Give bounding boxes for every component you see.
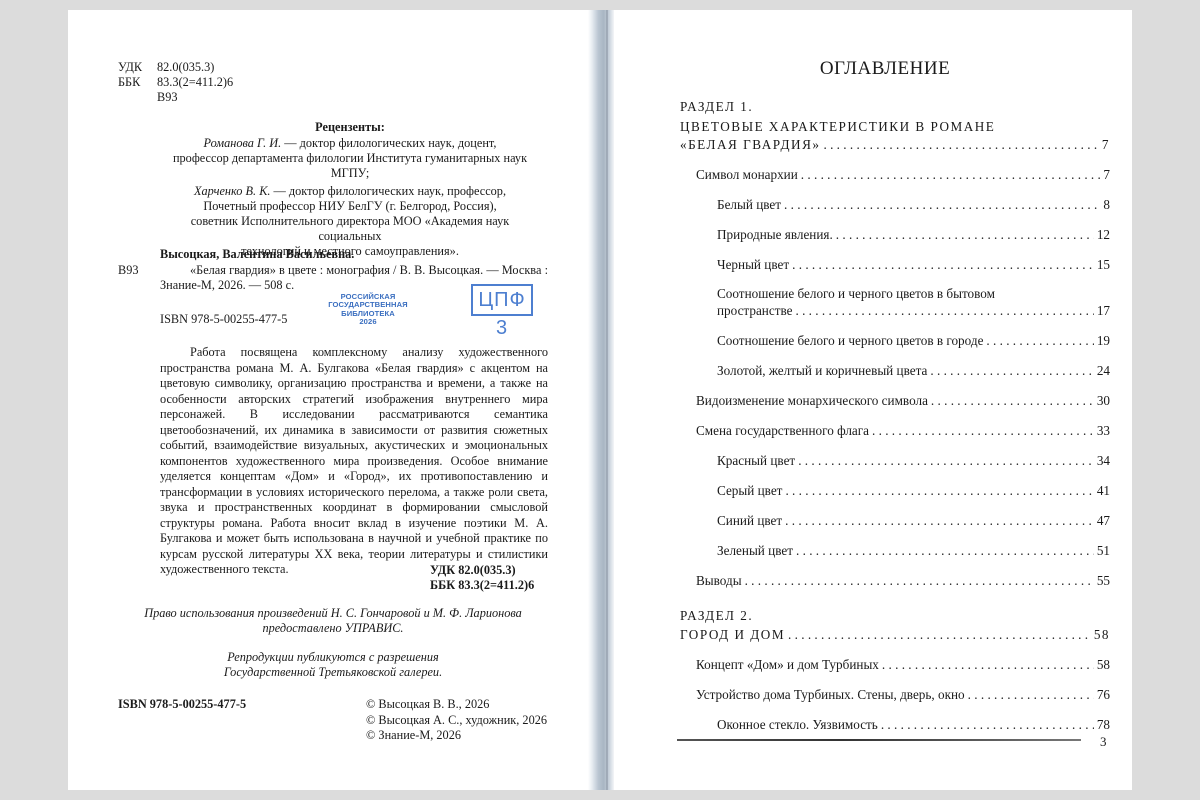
copyright-list: © Высоцкая В. В., 2026 © Высоцкая А. С.,…: [366, 697, 547, 744]
copyright-line: © Высоцкая В. В., 2026: [366, 697, 547, 713]
toc-entry[interactable]: Соотношение белого и черного цветов в го…: [680, 332, 1110, 350]
bbk-value: 83.3(2=411.2)6: [157, 75, 233, 90]
abstract: Работа посвящена комплексному анализу ху…: [160, 345, 548, 578]
toc-entry-text: Оконное стекло. Уязвимость: [717, 716, 878, 734]
toc-page-number: 8: [1103, 196, 1110, 214]
toc-entry-text: РАЗДЕЛ 2.: [680, 606, 1110, 626]
toc-leader-dots: [796, 542, 1094, 560]
rights-notice: Право использования произведений Н. С. Г…: [118, 606, 548, 636]
toc-section[interactable]: РАЗДЕЛ 1.ЦВЕТОВЫЕ ХАРАКТЕРИСТИКИ В РОМАН…: [680, 97, 1110, 154]
reproduction-notice: Репродукции публикуются с разрешения Гос…: [118, 650, 548, 680]
page-number: 3: [1100, 734, 1107, 750]
copyright-line: © Знание-М, 2026: [366, 728, 547, 744]
reviewer: Романова Г. И. — доктор филологических н…: [160, 136, 540, 181]
toc-entry-text: Черный цвет: [717, 256, 789, 274]
toc-leader-dots: [784, 196, 1100, 214]
toc-title: ОГЛАВЛЕНИЕ: [640, 58, 1130, 80]
toc-entry-text: РАЗДЕЛ 1.: [680, 97, 1110, 117]
toc-leader-dots: [785, 512, 1094, 530]
toc-leader-dots: [930, 362, 1093, 380]
udk-value: 82.0(035.3): [157, 60, 214, 75]
table-of-contents: РАЗДЕЛ 1.ЦВЕТОВЫЕ ХАРАКТЕРИСТИКИ В РОМАН…: [680, 97, 1110, 734]
toc-entry[interactable]: Концепт «Дом» и дом Турбиных58: [680, 656, 1110, 674]
gutter-fold: [606, 10, 608, 790]
copyright-line: © Высоцкая А. С., художник, 2026: [366, 713, 547, 729]
toc-entry[interactable]: Синий цвет47: [680, 512, 1110, 530]
toc-leader-dots: [872, 422, 1094, 440]
toc-entry[interactable]: Природные явления.12: [680, 226, 1110, 244]
author-mark: В93: [157, 90, 178, 105]
toc-entry[interactable]: Соотношение белого и черного цветов в бы…: [680, 286, 1110, 320]
toc-entry-text: Красный цвет: [717, 452, 795, 470]
toc-page-number: 58: [1094, 626, 1110, 644]
toc-leader-dots: [795, 302, 1093, 320]
toc-entry[interactable]: Смена государственного флага33: [680, 422, 1110, 440]
toc-page-number: 47: [1097, 512, 1110, 530]
toc-page-number: 58: [1097, 656, 1110, 674]
toc-leader-dots: [882, 656, 1094, 674]
toc-entry[interactable]: Зеленый цвет51: [680, 542, 1110, 560]
toc-leader-dots: [968, 686, 1094, 704]
author-name: Высоцкая, Валентина Васильевна.: [160, 247, 354, 262]
toc-entry[interactable]: Белый цвет8: [680, 196, 1110, 214]
reviewer-name: Харченко В. К.: [194, 184, 270, 198]
toc-entry[interactable]: Золотой, желтый и коричневый цвета24: [680, 362, 1110, 380]
toc-entry-text: Соотношение белого и черного цветов в го…: [717, 332, 983, 350]
toc-page-number: 19: [1097, 332, 1110, 350]
toc-page-number: 51: [1097, 542, 1110, 560]
toc-entry-text: Смена государственного флага: [696, 422, 869, 440]
classification-codes-bottom: УДК 82.0(035.3) ББК 83.3(2=411.2)6: [430, 563, 534, 593]
bibliographic-mark: В93: [118, 263, 139, 278]
toc-page-number: 76: [1097, 686, 1110, 704]
toc-entry-text: Концепт «Дом» и дом Турбиных: [696, 656, 879, 674]
toc-entry-text: пространстве: [717, 302, 792, 320]
toc-leader-dots: [881, 716, 1094, 734]
library-stamp: РОССИЙСКАЯ ГОСУДАРСТВЕННАЯ БИБЛИОТЕКА 20…: [318, 293, 418, 327]
isbn-bottom: ISBN 978-5-00255-477-5: [118, 697, 246, 712]
toc-entry[interactable]: Видоизменение монархического символа30: [680, 392, 1110, 410]
isbn-top: ISBN 978-5-00255-477-5: [160, 312, 287, 327]
book-gutter: [588, 10, 614, 790]
toc-page-number: 17: [1097, 302, 1110, 320]
toc-entry-text: Символ монархии: [696, 166, 798, 184]
bbk-label: ББК: [118, 75, 157, 90]
toc-entry[interactable]: Черный цвет15: [680, 256, 1110, 274]
toc-leader-dots: [836, 226, 1094, 244]
toc-page-number: 78: [1097, 716, 1110, 734]
toc-leader-dots: [798, 452, 1094, 470]
toc-leader-dots: [801, 166, 1101, 184]
toc-entry-text: Белый цвет: [717, 196, 781, 214]
toc-leader-dots: [788, 626, 1091, 644]
toc-entry[interactable]: Серый цвет41: [680, 482, 1110, 500]
toc-leader-dots: [986, 332, 1093, 350]
toc-entry[interactable]: Выводы55: [680, 572, 1110, 590]
toc-entry[interactable]: Оконное стекло. Уязвимость78: [680, 716, 1110, 734]
toc-entry-text: Серый цвет: [717, 482, 782, 500]
toc-entry-text: Видоизменение монархического символа: [696, 392, 928, 410]
toc-leader-dots: [823, 136, 1098, 154]
toc-entry[interactable]: Символ монархии7: [680, 166, 1110, 184]
toc-entry[interactable]: Устройство дома Турбиных. Стены, дверь, …: [680, 686, 1110, 704]
toc-section[interactable]: РАЗДЕЛ 2.ГОРОД И ДОМ58: [680, 606, 1110, 644]
footer-rule: [677, 739, 1081, 741]
toc-leader-dots: [745, 572, 1094, 590]
reviewers-title: Рецензенты:: [160, 120, 540, 135]
reviewers-block: Рецензенты: Романова Г. И. — доктор фило…: [160, 120, 540, 262]
toc-page-number: 12: [1097, 226, 1110, 244]
toc-page-number: 24: [1097, 362, 1110, 380]
toc-leader-dots: [931, 392, 1094, 410]
toc-page-number: 15: [1097, 256, 1110, 274]
toc-page-number: 30: [1097, 392, 1110, 410]
toc-entry[interactable]: Красный цвет34: [680, 452, 1110, 470]
toc-entry-text: «БЕЛАЯ ГВАРДИЯ»: [680, 136, 820, 154]
toc-entry-text: Выводы: [696, 572, 742, 590]
toc-page-number: 55: [1097, 572, 1110, 590]
toc-page-number: 33: [1097, 422, 1110, 440]
toc-entry-text: Устройство дома Турбиных. Стены, дверь, …: [696, 686, 965, 704]
toc-entry-text: Золотой, желтый и коричневый цвета: [717, 362, 927, 380]
toc-entry-text: ЦВЕТОВЫЕ ХАРАКТЕРИСТИКИ В РОМАНЕ: [680, 117, 1110, 137]
toc-leader-dots: [785, 482, 1093, 500]
toc-entry-text: Соотношение белого и черного цветов в бы…: [717, 286, 1110, 302]
cpf-stamp: ЦПФ 3: [471, 284, 533, 316]
toc-entry-text: Зеленый цвет: [717, 542, 793, 560]
reviewer-name: Романова Г. И.: [204, 136, 282, 150]
toc-leader-dots: [792, 256, 1094, 274]
toc-entry-text: ГОРОД И ДОМ: [680, 626, 785, 644]
udk-label: УДК: [118, 60, 157, 75]
toc-page-number: 34: [1097, 452, 1110, 470]
toc-page-number: 7: [1102, 136, 1110, 154]
toc-page-number: 41: [1097, 482, 1110, 500]
toc-entry-text: Природные явления.: [717, 226, 833, 244]
toc-page-number: 7: [1103, 166, 1110, 184]
toc-entry-text: Синий цвет: [717, 512, 782, 530]
classification-codes: УДК82.0(035.3) ББК83.3(2=411.2)6 В93: [118, 60, 233, 105]
